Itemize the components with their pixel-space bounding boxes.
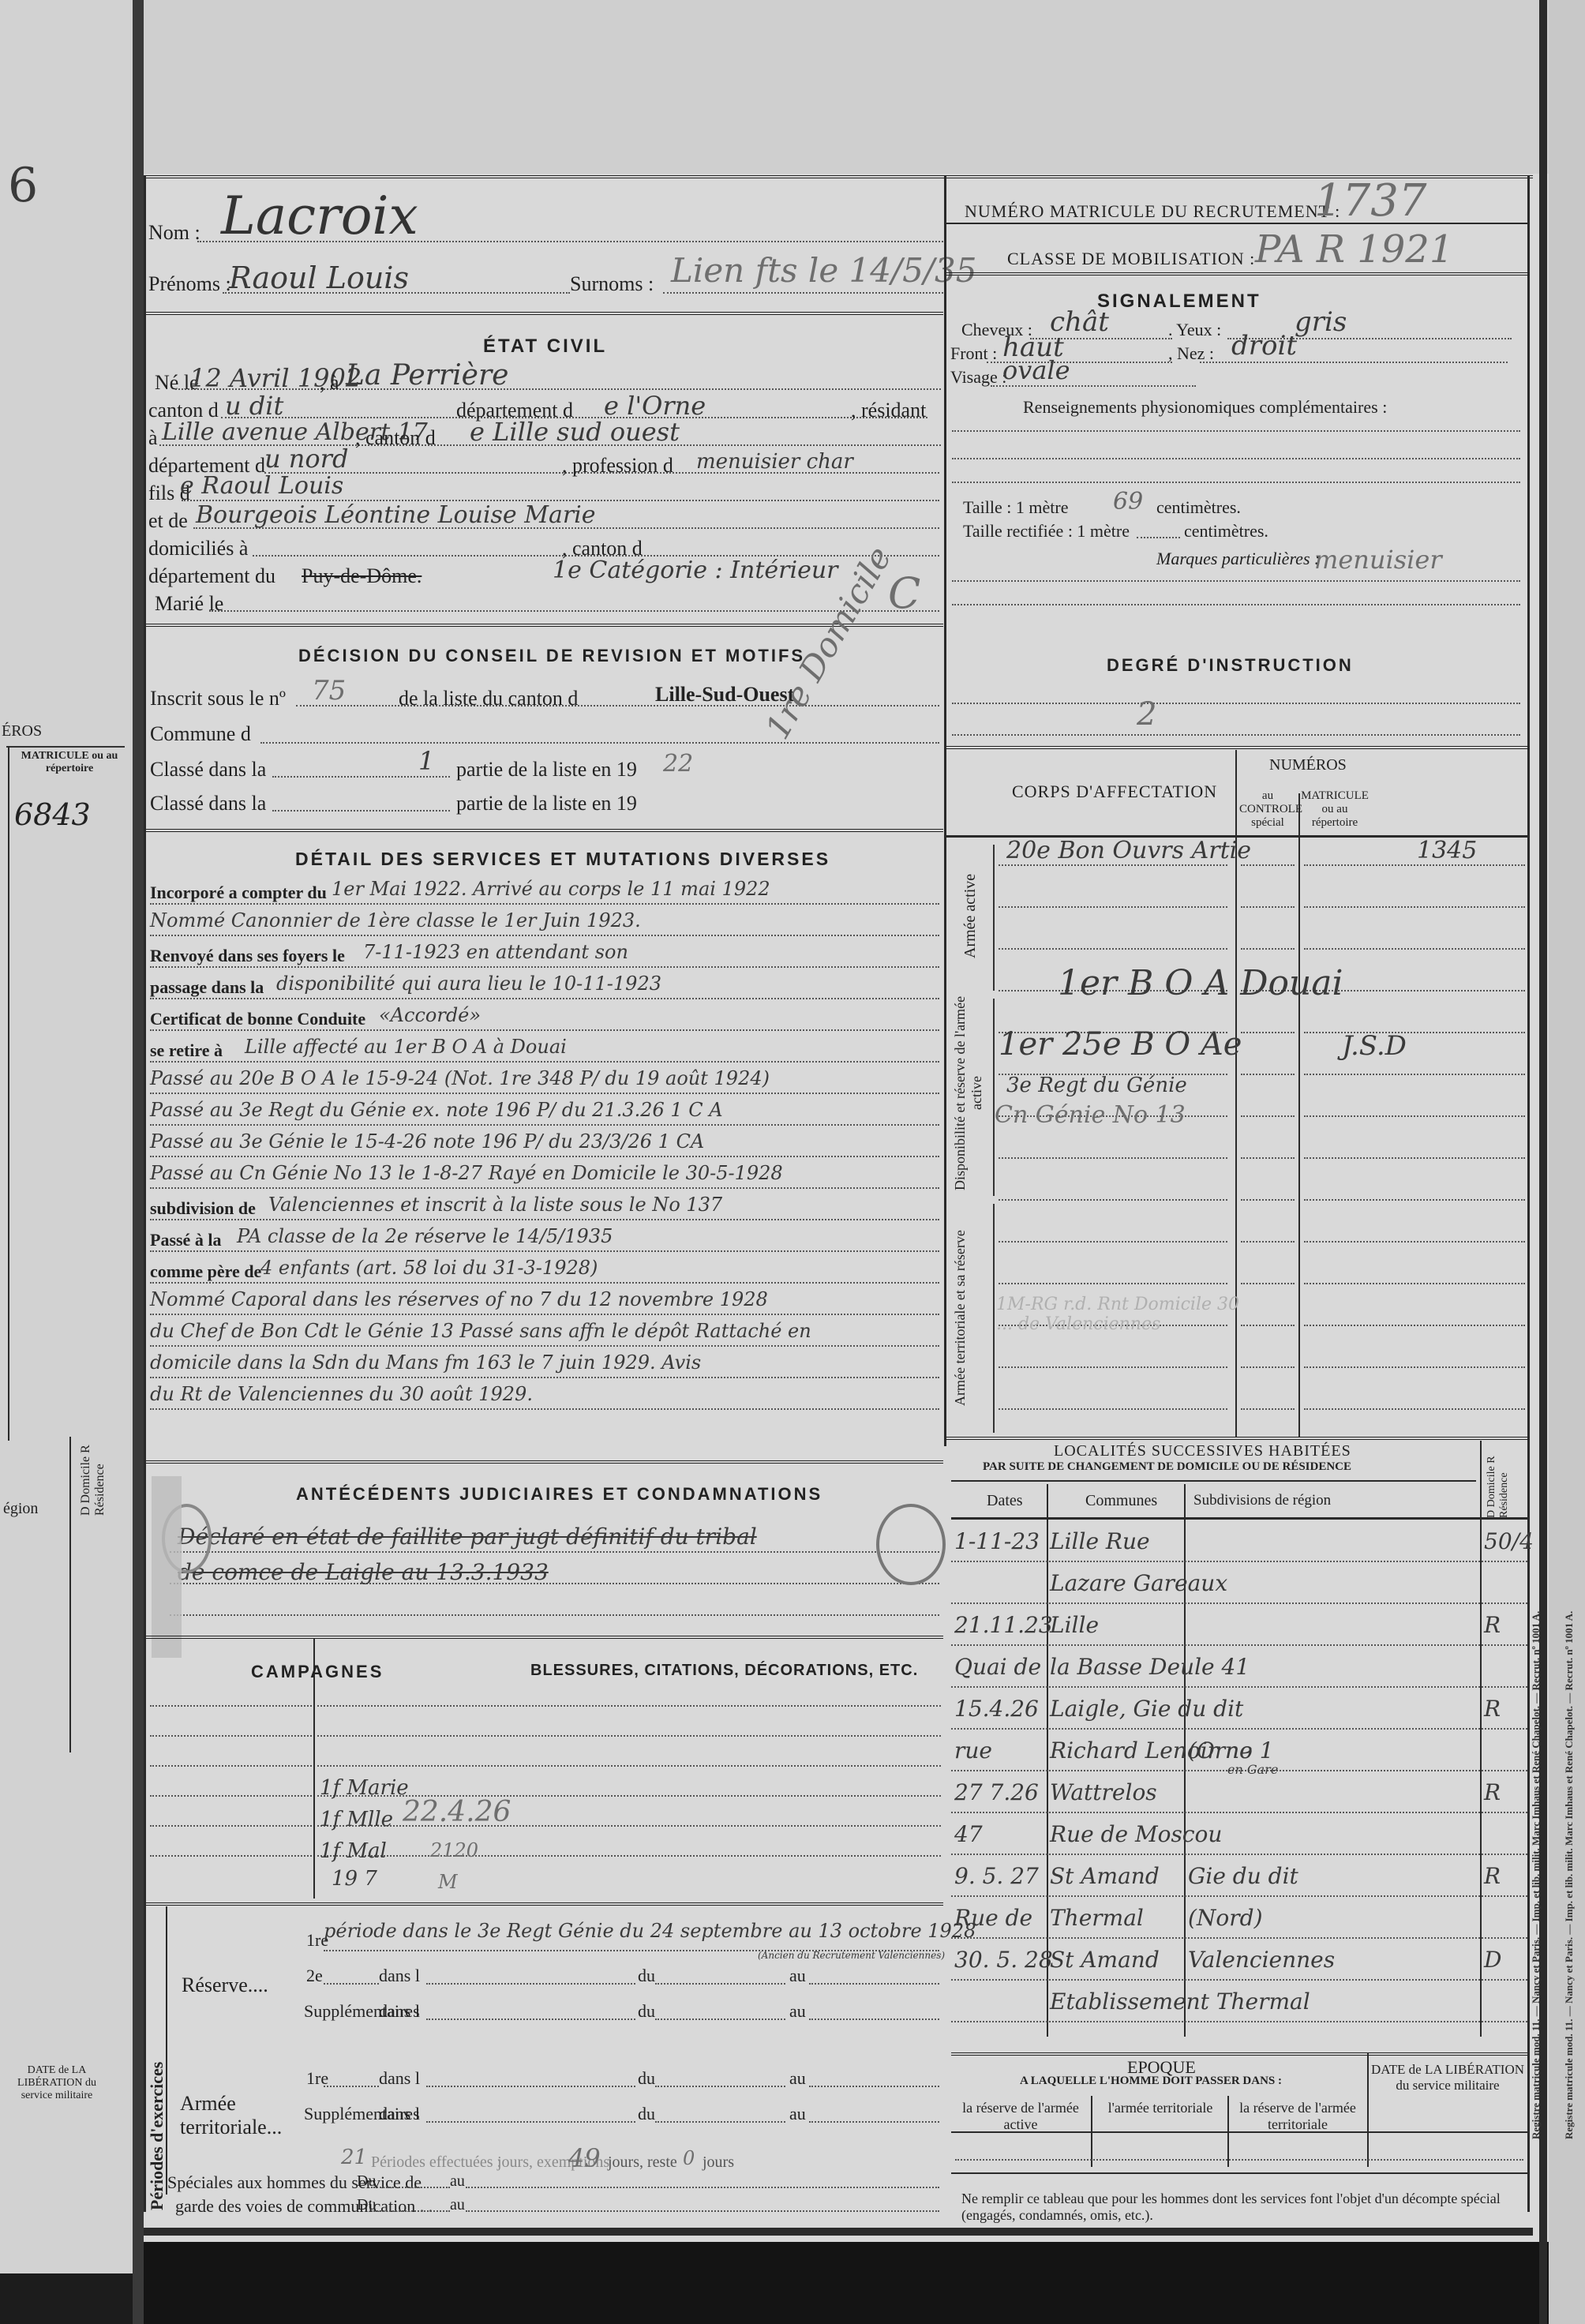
affectation-row-3-controle: J.S.D (1342, 1030, 1407, 1062)
localites-date: 47 (954, 1821, 983, 1847)
localites-row: 15.4.26Laigle, Gie du ditR (951, 1689, 1527, 1731)
decision-title: DÉCISION DU CONSEIL DE REVISION ET MOTIF… (298, 646, 805, 666)
left-matricule-value: 6843 (14, 797, 91, 832)
taille-label: Taille : 1 mètre (963, 497, 1068, 518)
epoque-col-3: la réserve de l'armée territoriale (1230, 2100, 1366, 2133)
localites-date: 21.11.23 (954, 1612, 1053, 1638)
visage-value: ovale (1002, 355, 1070, 385)
localites-row: Quai dela Basse Deule 41 (951, 1647, 1527, 1689)
left-numeros-header: ÉROS (2, 722, 42, 740)
domicilies-label: domiciliés à (148, 537, 248, 560)
printer-credit-1: Registre matricule mod. 11. — Nancy et P… (1530, 1405, 1542, 2139)
service-line: Incorporé a compter du1er Mai 1922. Arri… (150, 876, 939, 908)
service-line: Passé à laPA classe de la 2e réserve le … (150, 1224, 939, 1255)
localites-dr: D (1484, 1947, 1501, 1973)
etat-civil-title: ÉTAT CIVIL (483, 335, 607, 358)
departement3-label: département du (148, 564, 275, 588)
left-region-header: égion (3, 1500, 38, 1518)
territoriale-supplementaires-label: Supplémentaires (304, 2104, 367, 2124)
liste-label: de la liste du canton d (399, 687, 578, 710)
service-printed-label: comme père de (150, 1261, 261, 1282)
yeux-value: gris (1295, 306, 1347, 338)
paper-tape (152, 1476, 182, 1658)
affectation-faint-note: 1M-RG r.d. Rnt Domicile 30 ... de Valenc… (996, 1295, 1249, 1334)
surnoms-value: Lien fts le 14/5/35 (671, 251, 976, 290)
ne-a-value: La Perrière (346, 359, 508, 392)
speciales-label-2: garde des voies de communication . . (175, 2196, 433, 2217)
service-line: Passé au 20e B O A le 15-9-24 (Not. 1re … (150, 1066, 939, 1097)
speciales-label-1: Spéciales aux hommes du service de (167, 2172, 422, 2193)
localites-row: 47Rue de Moscou (951, 1815, 1527, 1857)
service-line: passage dans ladisponibilité qui aura li… (150, 971, 939, 1003)
reserve-supplementaires-du-label: du (638, 2001, 655, 2022)
affectation-title: CORPS D'AFFECTATION (1012, 782, 1217, 802)
localites-commune: Lille Rue (1050, 1528, 1150, 1554)
localites-date: 15.4.26 (954, 1696, 1039, 1722)
printer-credit-2: Registre matricule mod. 11. — Nancy et P… (1563, 1405, 1576, 2139)
reserve-2-du-label: du (638, 1966, 655, 1986)
territoriale-supplementaires-du-label: du (638, 2104, 655, 2124)
territoriale-supplementaires-au-label: au (789, 2104, 806, 2124)
periodes-label: Périodes effectuées : (371, 2153, 501, 2172)
nom-value: Lacroix (221, 186, 418, 246)
prenoms-label: Prénoms : (148, 272, 231, 296)
service-line: du Rt de Valenciennes du 30 août 1929. (150, 1381, 939, 1413)
territoriale-1-du-label: du (638, 2068, 655, 2089)
marques-label: Marques particulières : (1156, 549, 1320, 569)
blessures-note-1: 1f Marie (320, 1776, 409, 1800)
service-handwritten-entry: Nommé Canonnier de 1ère classe le 1er Ju… (150, 909, 641, 931)
ne-a-label: , à (320, 371, 339, 395)
reserve-1-value: période dans le 3e Regt Génie du 24 sept… (324, 1920, 976, 1942)
matricule-value: 1737 (1314, 175, 1427, 227)
localites-dr: R (1484, 1696, 1501, 1722)
canton2-value: e Lille sud ouest (470, 417, 680, 447)
service-handwritten-entry: Passé au 3e Génie le 15-4-26 note 196 P/… (150, 1130, 704, 1153)
departement3-struck: Puy-de-Dôme. (302, 564, 422, 588)
service-handwritten-entry: 7-11-1923 en attendant son (363, 941, 628, 963)
service-line: Nommé Canonnier de 1ère classe le 1er Ju… (150, 908, 939, 939)
service-printed-label: se retire à (150, 1040, 223, 1061)
epoque-date-header: DATE de LA LIBÉRATION du service militai… (1370, 2062, 1525, 2093)
surnoms-label: Surnoms : (570, 272, 654, 296)
epoque-note: Ne remplir ce tableau que pour les homme… (961, 2191, 1506, 2224)
blessures-date-2: 2120 (430, 1839, 478, 1861)
inscrit-label: Inscrit sous le nº (150, 687, 286, 710)
localites-extra-note: en Gare (1227, 1762, 1278, 1777)
profession-value: menuisier char (696, 450, 853, 474)
localites-subtitle: PAR SUITE DE CHANGEMENT DE DOMICILE OU D… (983, 1460, 1351, 1474)
localites-dr: R (1484, 1612, 1501, 1638)
territoriale-label: Armée territoriale et sa réserve (952, 1208, 991, 1429)
localites-subdivision: (Nord) (1188, 1905, 1263, 1931)
localites-col-subdivisions: Subdivisions de région (1193, 1492, 1331, 1509)
official-stamp (876, 1504, 946, 1585)
territoriale-1-dans-label: dans l (379, 2068, 420, 2089)
service-handwritten-entry: PA classe de la 2e réserve le 14/5/1935 (237, 1225, 613, 1247)
service-line: subdivision deValenciennes et inscrit à … (150, 1192, 939, 1224)
localites-dr: 50/4 (1484, 1528, 1534, 1554)
localites-commune: Lazare Gareaux (1050, 1570, 1227, 1596)
armee-active-label: Armée active (961, 845, 980, 987)
localites-row: 27 7.26WattrelosR (951, 1773, 1527, 1815)
service-line: Nommé Caporal dans les réserves of no 7 … (150, 1287, 939, 1318)
localites-subdivision: Gie du dit (1188, 1863, 1298, 1889)
classe-value: PA R 1921 (1255, 227, 1453, 272)
localites-col-communes: Communes (1085, 1492, 1157, 1510)
blessures-mark: M (438, 1871, 458, 1893)
classe-label: CLASSE DE MOBILISATION : (1007, 249, 1255, 269)
et-de-label: et de (148, 509, 188, 533)
classe2-suffix: partie de la liste en 19 (456, 792, 637, 815)
taille-unit: centimètres. (1156, 497, 1241, 518)
departement2-value: u nord (264, 444, 348, 474)
nez-value: droit (1231, 330, 1297, 362)
localites-row: Lazare Gareaux (951, 1564, 1527, 1606)
localites-date: 30. 5. 28 (954, 1947, 1053, 1973)
localites-commune: Wattrelos (1050, 1779, 1157, 1805)
epoque-col-1: la réserve de l'armée active (954, 2100, 1088, 2133)
taille-rectifiee-label: Taille rectifiée : 1 mètre (963, 521, 1130, 542)
service-handwritten-entry: 4 enfants (art. 58 loi du 31-3-1928) (260, 1257, 598, 1279)
localites-dr: R (1484, 1863, 1501, 1889)
left-date-footer: DATE de LA LIBÉRATION du service militai… (2, 2064, 112, 2102)
localites-subdivision: Valenciennes (1188, 1947, 1335, 1973)
page-top-edge (144, 0, 1549, 174)
localites-row: 30. 5. 28St AmandValenciennesD (951, 1940, 1527, 1982)
localites-commune: Thermal (1050, 1905, 1144, 1931)
book-gutter (133, 0, 144, 2324)
territoriale-1-au-label: au (789, 2068, 806, 2089)
controle-header: au CONTROLE spécial (1239, 789, 1296, 830)
service-handwritten-entry: Passé au Cn Génie No 13 le 1-8-27 Rayé e… (150, 1162, 783, 1184)
speciales-au-2: au (450, 2196, 465, 2214)
affectation-row-2-corps: 1er B O A Douai (1058, 963, 1343, 1003)
service-printed-label: Incorporé a compter du (150, 883, 327, 903)
armee-terr-label: Armée territoriale... (180, 2092, 251, 2139)
localites-title: LOCALITÉS SUCCESSIVES HABITÉES (1054, 1442, 1351, 1460)
affectation-row-4-corps: 3e Regt du Génie (1006, 1074, 1187, 1097)
nom-label: Nom : (148, 221, 200, 245)
affectation-row-3-corps: 1er 25e B O Ae (999, 1026, 1242, 1063)
affectation-row-1-corps: 20e Bon Ouvrs Artie (1006, 837, 1251, 864)
localites-date: 1-11-23 (954, 1528, 1040, 1554)
categorie-note: 1e Catégorie : Intérieur (553, 557, 838, 584)
localites-date: rue (954, 1737, 992, 1764)
service-printed-label: Renvoyé dans ses foyers le (150, 946, 345, 966)
periodes-value: 21 (341, 2146, 367, 2169)
classe1-value: 1 (418, 746, 434, 776)
epoque-col-2: l'armée territoriale (1093, 2100, 1227, 2116)
exemptions-value: 49 (568, 2143, 601, 2173)
classe1-suffix: partie de la liste en 19 (456, 758, 637, 782)
service-line: se retire àLille affecté au 1er B O A à … (150, 1034, 939, 1066)
antecedents-title: ANTÉCÉDENTS JUDICIAIRES ET CONDAMNATIONS (296, 1484, 822, 1505)
service-line: Certificat de bonne Conduite«Accordé» (150, 1003, 939, 1034)
blessures-title: BLESSURES, CITATIONS, DÉCORATIONS, ETC. (530, 1662, 918, 1680)
epoque-subtitle: A LAQUELLE L'HOMME DOIT PASSER DANS : (1020, 2075, 1282, 2088)
commune-label: Commune d (150, 722, 251, 746)
disponibilite-label: Disponibilité et réserve de l'armée acti… (952, 991, 991, 1196)
localites-commune: Etablissement Thermal (1050, 1989, 1310, 2015)
service-handwritten-entry: Nommé Caporal dans les réserves of no 7 … (150, 1288, 768, 1310)
localites-commune: St Amand (1050, 1947, 1160, 1973)
localites-date: Quai de (954, 1654, 1041, 1680)
localites-subdivision: (Orne (1188, 1737, 1253, 1764)
localites-row: 21.11.23LilleR (951, 1606, 1527, 1647)
prenoms-value: Raoul Louis (229, 261, 409, 295)
campagnes-title: CAMPAGNES (251, 1662, 384, 1682)
blessures-note-3: 1f Mal (320, 1839, 387, 1863)
localites-row: 9. 5. 27St AmandGie du ditR (951, 1857, 1527, 1899)
affectation-row-5-corps: Cn Génie No 13 (995, 1101, 1186, 1129)
service-line: Passé au 3e Regt du Génie ex. note 196 P… (150, 1097, 939, 1129)
localites-commune: Rue de Moscou (1050, 1821, 1222, 1847)
service-line: Renvoyé dans ses foyers le7-11-1923 en a… (150, 939, 939, 971)
localites-row: Rue deThermal(Nord) (951, 1899, 1527, 1940)
service-handwritten-entry: Lille affecté au 1er B O A à Douai (245, 1036, 567, 1058)
service-printed-label: Certificat de bonne Conduite (150, 1009, 365, 1029)
profession-label: , profession d (562, 454, 673, 478)
antecedents-line-1: Déclaré en état de faillite par jugt déf… (178, 1524, 757, 1550)
localites-commune: Laigle, Gie du dit (1050, 1696, 1243, 1722)
blessures-date-1: 22.4.26 (403, 1796, 511, 1828)
localites-date: 27 7.26 (954, 1779, 1039, 1805)
reserve-1-sub: (Ancien du Recrutement Valenciennes) (758, 1950, 945, 1961)
marques-value: menuisier (1314, 545, 1442, 575)
yeux-label: . Yeux : (1168, 320, 1221, 340)
et-de-value: Bourgeois Léontine Louise Marie (196, 501, 596, 529)
service-line: domicile dans la Sdn du Mans fm 163 le 7… (150, 1350, 939, 1381)
localites-dr: R (1484, 1779, 1501, 1805)
marie-label: Marié le (155, 592, 223, 616)
service-handwritten-entry: du Chef de Bon Cdt le Génie 13 Passé san… (150, 1320, 811, 1342)
service-handwritten-entry: «Accordé» (379, 1004, 481, 1026)
left-tab-number: 6 (8, 158, 38, 213)
service-line: du Chef de Bon Cdt le Génie 13 Passé san… (150, 1318, 939, 1350)
localites-date: 9. 5. 27 (954, 1863, 1039, 1889)
reste-label: jours, reste (608, 2153, 677, 2172)
localites-col-dates: Dates (987, 1492, 1023, 1510)
reserve-supplementaires-label: Supplémentaires (304, 2001, 367, 2022)
service-printed-label: passage dans la (150, 977, 264, 998)
service-handwritten-entry: 1er Mai 1922. Arrivé au corps le 11 mai … (332, 878, 770, 900)
inscrit-value: 75 (312, 675, 346, 707)
canton2-label: , canton d (355, 426, 436, 450)
reserve-2-prefix: 2e (306, 1966, 323, 1986)
left-matricule-header: MATRICULE ou au répertoire (14, 750, 125, 775)
services-title: DÉTAIL DES SERVICES ET MUTATIONS DIVERSE… (295, 849, 830, 870)
reste-value: 0 (683, 2147, 695, 2169)
residence-prefix: à (148, 426, 158, 450)
reserve-supplementaires-dans-label: dans l (379, 2001, 420, 2022)
exercices-side-label: Périodes d'exercices (147, 1989, 167, 2210)
instruction-title: DEGRÉ D'INSTRUCTION (1107, 655, 1354, 676)
service-line: Passé au Cn Génie No 13 le 1-8-27 Rayé e… (150, 1160, 939, 1192)
blessures-note-4: 19 7 (332, 1867, 377, 1891)
service-line: comme père de4 enfants (art. 58 loi du 3… (150, 1255, 939, 1287)
service-handwritten-entry: disponibilité qui aura lieu le 10-11-192… (276, 973, 661, 995)
localites-commune: la Basse Deule 41 (1050, 1654, 1250, 1680)
localites-row: 1-11-23Lille Rue50/4 (951, 1522, 1527, 1564)
localites-commune: St Amand (1050, 1863, 1160, 1889)
antecedents-line-2: de comce de Laigle au 13.3.1933 (178, 1559, 549, 1585)
classe1-year: 22 (663, 750, 693, 778)
classe1-label: Classé dans la (150, 758, 266, 782)
service-handwritten-entry: Passé au 3e Regt du Génie ex. note 196 P… (150, 1099, 723, 1121)
reserve-label: Réserve.... (182, 1974, 268, 1997)
residant-label: , résidant (851, 399, 926, 422)
c-mark: C (888, 568, 920, 618)
service-line: Passé au 3e Génie le 15-4-26 note 196 P/… (150, 1129, 939, 1160)
service-handwritten-entry: Valenciennes et inscrit à la liste sous … (268, 1194, 722, 1216)
jours-end: jours (703, 2153, 734, 2172)
reserve-2-au-label: au (789, 1966, 806, 1986)
localites-row: Etablissement Thermal (951, 1982, 1527, 2024)
classe2-label: Classé dans la (150, 792, 266, 815)
localites-col-dr: D Domicile R Résidence (1486, 1443, 1525, 1518)
blessures-note-2: 1f Mlle (320, 1808, 393, 1831)
left-page: 6 ÉROS MATRICULE ou au répertoire 6843 é… (0, 0, 133, 2273)
affectation-row-1-matricule: 1345 (1417, 837, 1477, 864)
service-printed-label: Passé à la (150, 1230, 221, 1250)
signalement-title: SIGNALEMENT (1097, 290, 1261, 313)
service-printed-label: subdivision de (150, 1198, 256, 1219)
territoriale-supplementaires-dans-label: dans l (379, 2104, 420, 2124)
numeros-title: NUMÉROS (1269, 756, 1347, 774)
service-handwritten-entry: du Rt de Valenciennes du 30 août 1929. (150, 1383, 533, 1405)
speciales-au-1: au (450, 2172, 465, 2191)
reserve-supplementaires-au-label: au (789, 2001, 806, 2022)
taille-rectifiee-unit: centimètres. (1184, 521, 1268, 542)
renseignements-label: Renseignements physionomiques complément… (1023, 397, 1387, 418)
matricule-label: NUMÉRO MATRICULE DU RECRUTEMENT : (965, 201, 1340, 222)
reserve-2-dans-label: dans l (379, 1966, 420, 1986)
instruction-value: 2 (1137, 696, 1156, 733)
matricule-col-header: MATRICULE ou au répertoire (1301, 789, 1369, 830)
localites-commune: Lille (1050, 1612, 1099, 1638)
service-handwritten-entry: domicile dans la Sdn du Mans fm 163 le 7… (150, 1351, 701, 1374)
service-handwritten-entry: Passé au 20e B O A le 15-9-24 (Not. 1re … (150, 1067, 770, 1089)
left-domicile-header: D Domicile R Résidence (79, 1437, 107, 1516)
fils-value: e Raoul Louis (180, 472, 343, 500)
canton-value: u dit (225, 391, 283, 421)
taille-value: 69 (1113, 488, 1143, 515)
